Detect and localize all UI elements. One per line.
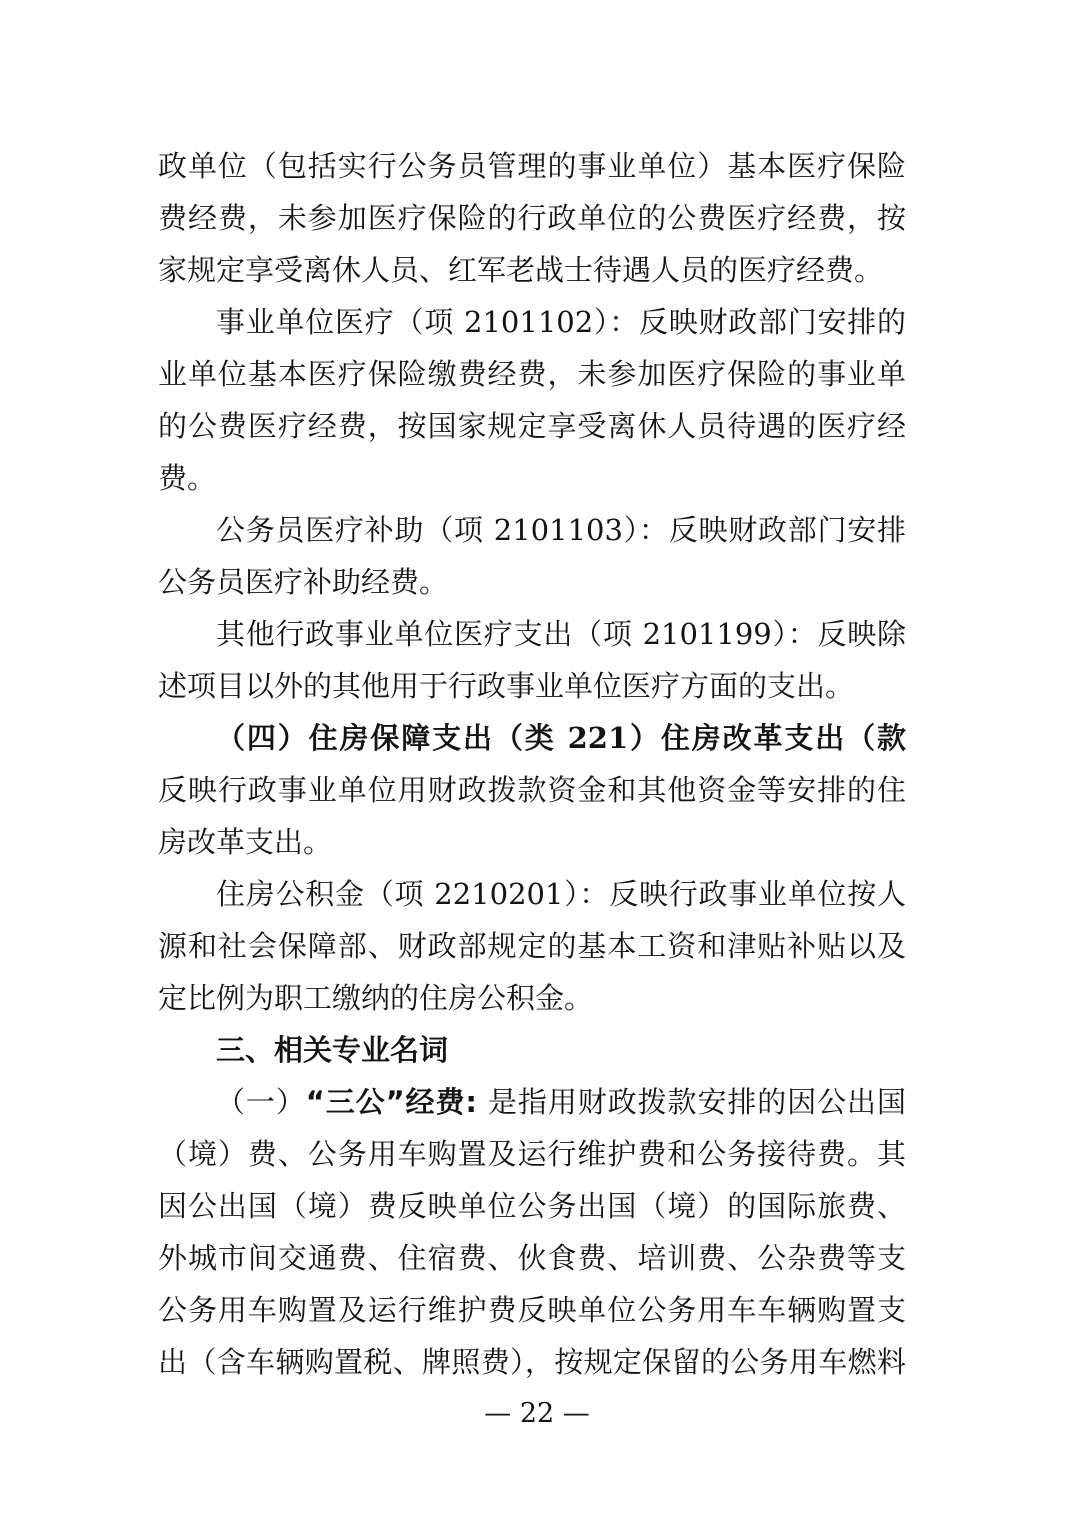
text-line: 公务用车购置及运行维护费反映单位公务用车车辆购置支 (158, 1284, 906, 1336)
text-line: 费经费，未参加医疗保险的行政单位的公费医疗经费，按国 (158, 192, 906, 244)
text-run: 公务员医疗补助经费。 (158, 565, 448, 599)
page-number: — 22 — (0, 1398, 1074, 1429)
body-text: 政单位（包括实行公务员管理的事业单位）基本医疗保险缴 费经费，未参加医疗保险的行… (158, 140, 906, 1388)
text-run: 费经费，未参加医疗保险的行政单位的公费医疗经费，按国 (158, 201, 906, 244)
text-run: 出（含车辆购置税、牌照费），按规定保留的公务用车燃料 (158, 1345, 906, 1379)
text-run: 家规定享受离休人员、红军老战士待遇人员的医疗经费。 (158, 253, 883, 287)
text-line: 定比例为职工缴纳的住房公积金。 (158, 972, 906, 1024)
text-run: 业单位基本医疗保险缴费经费，未参加医疗保险的事业单位 (158, 357, 906, 400)
text-line: 源和社会保障部、财政部规定的基本工资和津贴补贴以及规 (158, 920, 906, 972)
text-run: 住房公积金（项 2210201）：反映行政事业单位按人力资 (216, 877, 906, 920)
text-run: 述项目以外的其他用于行政事业单位医疗方面的支出。 (158, 669, 854, 703)
chapter-heading-line: 三、相关专业名词 (158, 1024, 906, 1076)
text-line: 的公费医疗经费，按国家规定享受离休人员待遇的医疗经 (158, 400, 906, 452)
chapter-heading-run: 三、相关专业名词 (216, 1033, 448, 1067)
text-line: 事业单位医疗（项 2101102）：反映财政部门安排的事 (158, 296, 906, 348)
text-run: 公务用车购置及运行维护费反映单位公务用车车辆购置支 (158, 1293, 906, 1327)
text-line: 其他行政事业单位医疗支出（项 2101199）：反映除上 (158, 608, 906, 660)
text-line: 房改革支出。 (158, 816, 906, 868)
text-run: 定比例为职工缴纳的住房公积金。 (158, 981, 593, 1015)
text-line: 述项目以外的其他用于行政事业单位医疗方面的支出。 (158, 660, 906, 712)
text-line: 业单位基本医疗保险缴费经费，未参加医疗保险的事业单位 (158, 348, 906, 400)
text-run: 的公费医疗经费，按国家规定享受离休人员待遇的医疗经 (158, 409, 906, 443)
text-line: 公务员医疗补助（项 2101103）：反映财政部门安排的 (158, 504, 906, 556)
text-run: 事业单位医疗（项 2101102）：反映财政部门安排的事 (216, 305, 906, 348)
term-heading-run: “三公”经费: (306, 1085, 488, 1119)
text-run: 费。 (158, 461, 216, 495)
text-line: 政单位（包括实行公务员管理的事业单位）基本医疗保险缴 (158, 140, 906, 192)
document-page: 政单位（包括实行公务员管理的事业单位）基本医疗保险缴 费经费，未参加医疗保险的行… (0, 0, 1074, 1520)
text-run: 房改革支出。 (158, 825, 332, 859)
text-line: 公务员医疗补助经费。 (158, 556, 906, 608)
text-run: 反映行政事业单位用财政拨款资金和其他资金等安排的住 (158, 773, 906, 807)
text-line: 反映行政事业单位用财政拨款资金和其他资金等安排的住 (158, 764, 906, 816)
section-heading-run: （四）住房保障支出（类 221）住房改革支出（款 22102）: (216, 721, 906, 764)
text-line: 因公出国（境）费反映单位公务出国（境）的国际旅费、国 (158, 1180, 906, 1232)
text-run: 外城市间交通费、住宿费、伙食费、培训费、公杂费等支出; (158, 1241, 906, 1284)
text-run: 其他行政事业单位医疗支出（项 2101199）：反映除上 (216, 617, 906, 660)
text-line: 外城市间交通费、住宿费、伙食费、培训费、公杂费等支出; (158, 1232, 906, 1284)
text-run: 因公出国（境）费反映单位公务出国（境）的国际旅费、国 (158, 1189, 906, 1232)
text-line: 家规定享受离休人员、红军老战士待遇人员的医疗经费。 (158, 244, 906, 296)
text-run: 是指用财政拨款安排的因公出国 (488, 1085, 906, 1119)
text-run: 公务员医疗补助（项 2101103）：反映财政部门安排的 (216, 513, 906, 556)
text-line: 住房公积金（项 2210201）：反映行政事业单位按人力资 (158, 868, 906, 920)
text-run: （一） (216, 1085, 306, 1119)
text-line: 费。 (158, 452, 906, 504)
text-run: （境）费、公务用车购置及运行维护费和公务接待费。其中， (158, 1137, 906, 1180)
text-run: 政单位（包括实行公务员管理的事业单位）基本医疗保险缴 (158, 149, 906, 192)
term-heading-line: （一）“三公”经费: 是指用财政拨款安排的因公出国 (158, 1076, 906, 1128)
text-line: （境）费、公务用车购置及运行维护费和公务接待费。其中， (158, 1128, 906, 1180)
section-heading-line: （四）住房保障支出（类 221）住房改革支出（款 22102）: (158, 712, 906, 764)
text-line: 出（含车辆购置税、牌照费），按规定保留的公务用车燃料 (158, 1336, 906, 1388)
text-run: 源和社会保障部、财政部规定的基本工资和津贴补贴以及规 (158, 929, 906, 972)
